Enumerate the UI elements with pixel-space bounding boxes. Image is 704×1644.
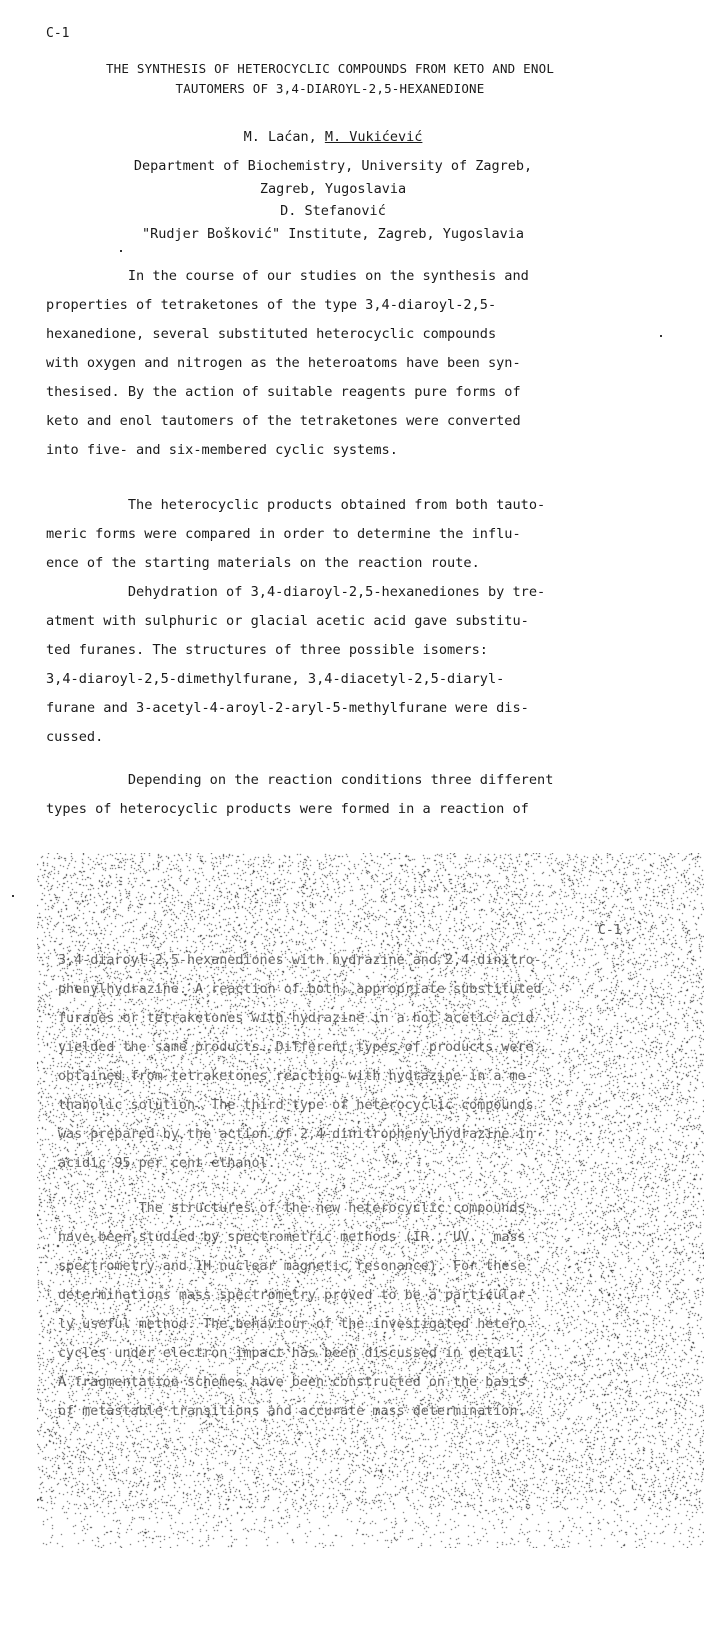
- text-line: into five- and six-membered cyclic syste…: [46, 436, 636, 465]
- text-line: obtained from tetraketones reacting with…: [58, 1062, 648, 1091]
- text-line: phenylhydrazine. A reaction of both, app…: [58, 975, 648, 1004]
- document-page: C-1 THE SYNTHESIS OF HETEROCYCLIC COMPOU…: [0, 0, 704, 1644]
- text-line: meric forms were compared in order to de…: [46, 520, 636, 549]
- paragraph-comparison: The heterocyclic products obtained from …: [46, 491, 636, 578]
- author-lacan: M. Laćan,: [244, 129, 325, 145]
- scan-speck: [12, 895, 14, 897]
- text-line: hexanedione, several substituted heteroc…: [46, 320, 636, 349]
- author-vukicevic-presenting: M. Vukićević: [325, 129, 423, 145]
- text-line: In the course of our studies on the synt…: [46, 262, 636, 291]
- text-line: Dehydration of 3,4-diaroyl-2,5-hexanedio…: [46, 578, 636, 607]
- text-line: 3,4-diaroyl-2,5-hexanediones with hydraz…: [58, 946, 648, 975]
- text-line: properties of tetraketones of the type 3…: [46, 291, 636, 320]
- text-line: acidic 95 per cent ethanol.: [58, 1149, 648, 1178]
- authors-line: M. Laćan, M. Vukićević: [20, 126, 646, 148]
- text-line: spectrometry and 1H nuclear magnetic res…: [58, 1252, 648, 1281]
- text-line: thanolic solution. The third type of het…: [58, 1091, 648, 1120]
- affiliation-2: "Rudjer Bošković" Institute, Zagreb, Yug…: [20, 223, 646, 245]
- text-line: furanes or tetraketones with hydrazine i…: [58, 1004, 648, 1033]
- paper-title-line-1: THE SYNTHESIS OF HETEROCYCLIC COMPOUNDS …: [30, 59, 630, 79]
- text-line: with oxygen and nitrogen as the heteroat…: [46, 349, 636, 378]
- affiliation-1-line-2: Zagreb, Yugoslavia: [20, 178, 646, 200]
- text-line: atment with sulphuric or glacial acetic …: [46, 607, 636, 636]
- author-stefanovic: D. Stefanović: [20, 200, 646, 222]
- paragraph-intro: In the course of our studies on the synt…: [46, 262, 636, 465]
- text-line: ly useful method. The behaviour of the i…: [58, 1310, 648, 1339]
- text-line: ted furanes. The structures of three pos…: [46, 636, 636, 665]
- text-line: The heterocyclic products obtained from …: [46, 491, 636, 520]
- text-line: determinations mass spectrometry proved …: [58, 1281, 648, 1310]
- text-line: have been studied by spectrometric metho…: [58, 1223, 648, 1252]
- text-line: 3,4-diaroyl-2,5-dimethylfurane, 3,4-diac…: [46, 665, 636, 694]
- text-line: yielded the same products. Different typ…: [58, 1033, 648, 1062]
- text-line: keto and enol tautomers of the tetraketo…: [46, 407, 636, 436]
- text-line: thesised. By the action of suitable reag…: [46, 378, 636, 407]
- text-line: The structures of the new heterocyclic c…: [58, 1194, 648, 1223]
- text-line: furane and 3-acetyl-4-aroyl-2-aryl-5-met…: [46, 694, 636, 723]
- paragraph-reaction-conditions: Depending on the reaction conditions thr…: [46, 766, 636, 824]
- page-label-continued: C-1: [598, 923, 621, 938]
- text-line: of metastable transitions and accurate m…: [58, 1397, 648, 1426]
- text-line: cussed.: [46, 723, 636, 752]
- text-line: was prepared by the action of 2,4-dinitr…: [58, 1120, 648, 1149]
- text-line: ence of the starting materials on the re…: [46, 549, 636, 578]
- scan-speck: [120, 250, 122, 252]
- scan-speck: [660, 335, 662, 337]
- affiliation-1-line-1: Department of Biochemistry, University o…: [20, 155, 646, 177]
- page-label: C-1: [46, 26, 69, 41]
- text-line: types of heterocyclic products were form…: [46, 795, 636, 824]
- paragraph-structures: The structures of the new heterocyclic c…: [58, 1194, 648, 1426]
- text-line: cycles under electron impact has been di…: [58, 1339, 648, 1368]
- text-line: A fragmentation schemes have been constr…: [58, 1368, 648, 1397]
- paper-title-line-2: TAUTOMERS OF 3,4-DIAROYL-2,5-HEXANEDIONE: [30, 79, 630, 99]
- paragraph-hydrazine-products: 3,4-diaroyl-2,5-hexanediones with hydraz…: [58, 946, 648, 1178]
- text-line: Depending on the reaction conditions thr…: [46, 766, 636, 795]
- paragraph-dehydration: Dehydration of 3,4-diaroyl-2,5-hexanedio…: [46, 578, 636, 752]
